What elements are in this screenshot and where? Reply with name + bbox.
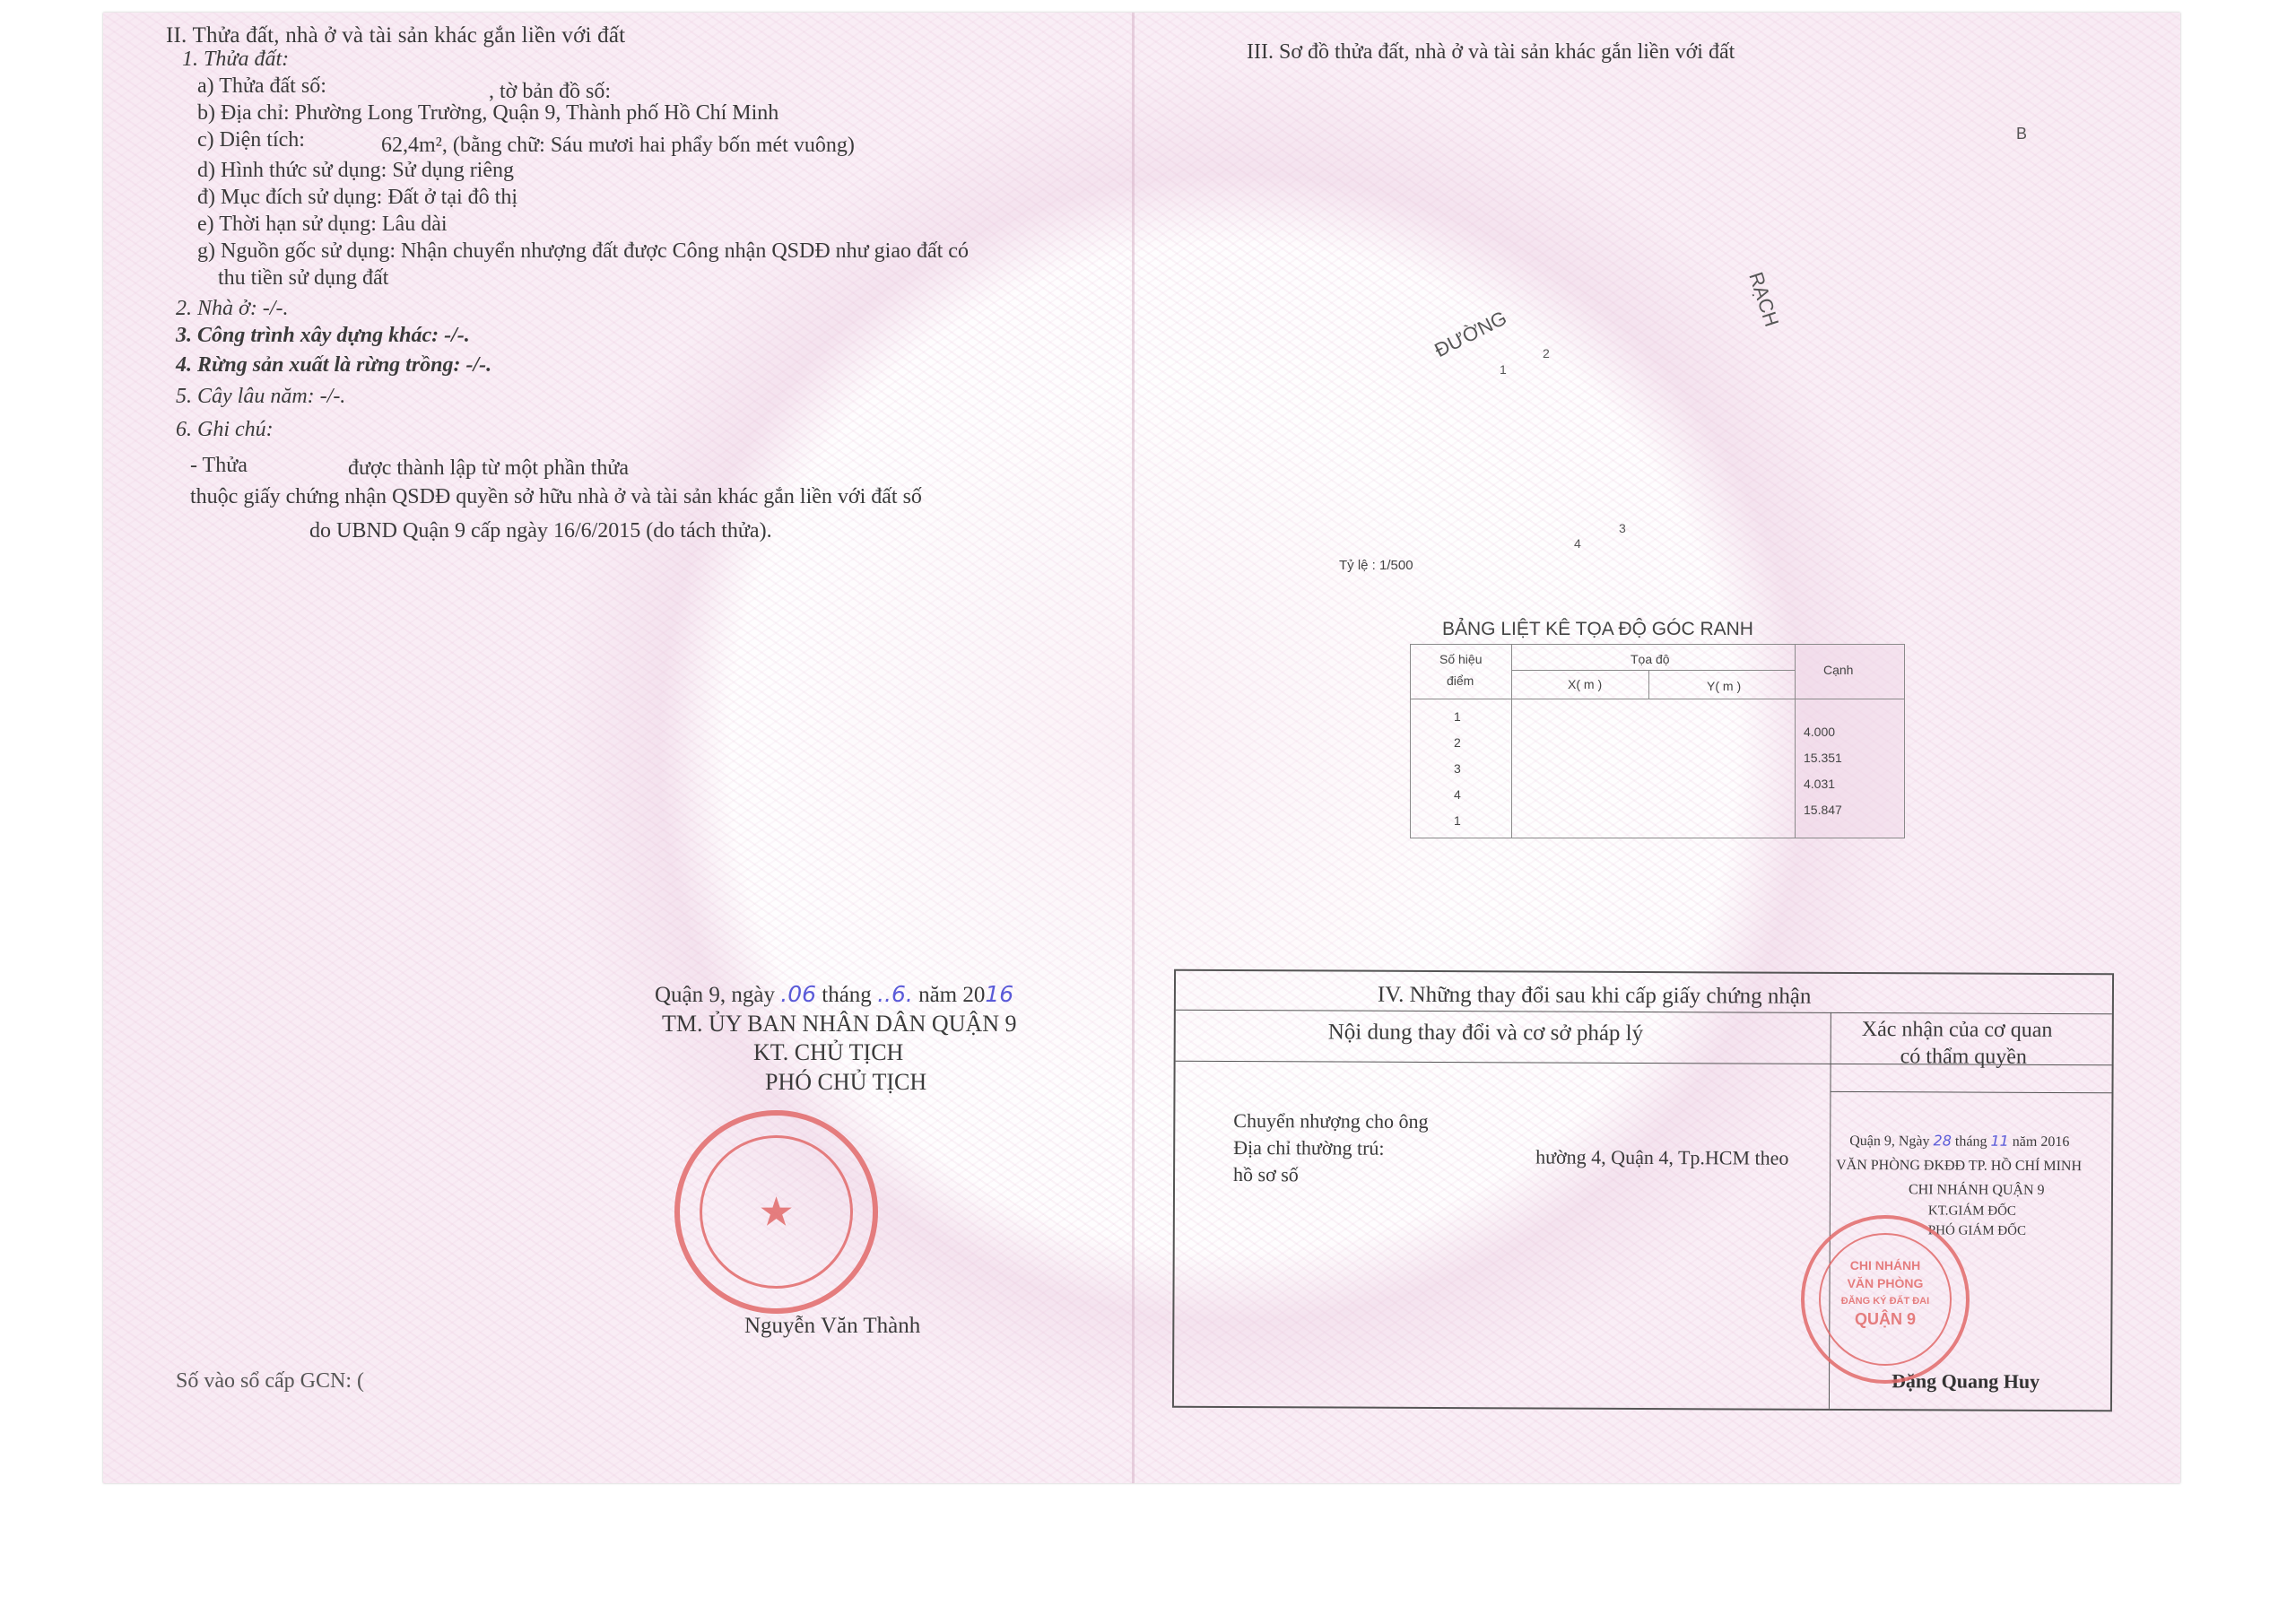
note-line2: thuộc giấy chứng nhận QSDĐ quyền sở hữu … [190,484,922,509]
official-stamp-right: CHI NHÁNH VĂN PHÒNG ĐĂNG KÝ ĐẤT ĐAI QUẬN… [1801,1215,1970,1384]
confirm-date: Quận 9, Ngày 28 tháng 11 năm 2016 [1849,1128,2069,1155]
date-day: .06 [780,981,816,1007]
table-cell-point: 3 [1454,761,1461,776]
stamp-line: VĂN PHÒNG [1805,1274,1966,1292]
point-3-label: 3 [1619,516,1626,541]
section4-title: IV. Những thay đổi sau khi cấp giấy chứn… [1378,983,1812,1010]
point-4-label: 4 [1574,531,1581,556]
role-line1: KT. CHỦ TỊCH [753,1040,903,1065]
stamp-line: ĐĂNG KÝ ĐẤT ĐAI [1805,1292,1966,1310]
page-fold [1132,13,1135,1483]
usage-origin-cont: thu tiền sử dụng đất [218,265,388,291]
signer-name-left: Nguyễn Văn Thành [744,1314,920,1339]
usage-term: e) Thời hạn sử dụng: Lâu dài [197,212,448,237]
changes-table: IV. Những thay đổi sau khi cấp giấy chứn… [1172,969,2114,1412]
table-cell-point: 2 [1454,735,1461,750]
date-prefix: Quận 9, ngày [655,983,775,1007]
coordinate-table-title: BẢNG LIỆT KÊ TỌA ĐỘ GÓC RANH [1442,617,1753,642]
table-cell-edge: 4.031 [1804,777,1835,791]
perennial-tree-item: 5. Cây lâu năm: -/-. [176,384,345,409]
change-content-2: Địa chỉ thường trú: [1233,1135,1384,1161]
stamp-line: CHI NHÁNH [1805,1256,1966,1274]
section2-title: II. Thửa đất, nhà ở và tài sản khác gắn … [166,23,625,48]
note-line3: do UBND Quận 9 cấp ngày 16/6/2015 (do tá… [309,518,772,543]
header-point-2: điểm [1447,673,1474,688]
date-year-label: năm 20 [918,983,985,1007]
area-label: c) Diện tích: [197,127,305,152]
change-content-3: hồ sơ số [1233,1162,1299,1187]
point-2-label: 2 [1543,341,1550,366]
table-cell-edge: 15.351 [1804,751,1842,765]
star-icon: ★ [761,1192,793,1233]
stamp-right-text: CHI NHÁNH VĂN PHÒNG ĐĂNG KÝ ĐẤT ĐAI QUẬN… [1805,1256,1966,1328]
role-line2: PHÓ CHỦ TỊCH [765,1070,926,1095]
table-cell-point: 1 [1454,813,1461,828]
confirm-month-label: tháng [1955,1134,1987,1150]
office-line1: VĂN PHÒNG ĐKĐĐ TP. HỒ CHÍ MINH [1836,1153,2082,1179]
date-year: 16 [985,981,1013,1007]
col-confirm-header-2: có thẩm quyền [1900,1044,2027,1070]
stamp-line: QUẬN 9 [1805,1310,1966,1328]
change-content-2b: hường 4, Quận 4, Tp.HCM theo [1535,1144,1788,1170]
house-item: 2. Nhà ở: -/-. [176,296,288,321]
confirm-month: 11 [1990,1133,2008,1150]
address: b) Địa chỉ: Phường Long Trường, Quận 9, … [197,100,778,126]
forest-item: 4. Rừng sản xuất là rừng trồng: -/-. [176,352,491,378]
header-point-1: Số hiệu [1439,652,1482,666]
table-cell-edge: 15.847 [1804,803,1842,817]
coordinate-table: Số hiệu điểm Tọa độ X( m ) Y( m ) Cạnh 1… [1410,644,1905,838]
confirm-year: năm 2016 [2013,1134,2070,1150]
north-label: B [2016,121,2027,146]
table-cell-edge: 4.000 [1804,725,1835,739]
usage-purpose: đ) Mục đích sử dụng: Đất ở tại đô thị [197,185,517,210]
note-line1: được thành lập từ một phần thửa [348,456,629,481]
table-cell-point: 4 [1454,787,1461,802]
note-parcel: - Thửa [190,453,248,478]
other-construction-item: 3. Công trình xây dựng khác: -/-. [176,323,470,348]
confirm-day: 28 [1934,1132,1952,1149]
date-month-label: tháng [822,983,872,1007]
issuing-org: TM. ỦY BAN NHÂN DÂN QUẬN 9 [662,1012,1017,1037]
header-x: X( m ) [1568,677,1602,691]
parcel-number-label: a) Thửa đất số: [197,74,326,99]
header-edge: Cạnh [1823,663,1853,677]
notes-heading: 6. Ghi chú: [176,417,274,442]
table-cell-point: 1 [1454,709,1461,724]
date-month: ..6. [877,981,913,1007]
section3-title: III. Sơ đồ thửa đất, nhà ở và tài sản kh… [1247,39,1735,65]
header-coord: Tọa độ [1631,652,1670,666]
confirm-date-prefix: Quận 9, Ngày [1849,1133,1929,1149]
header-y: Y( m ) [1707,679,1741,693]
col-content-header: Nội dung thay đổi và cơ sở pháp lý [1328,1020,1644,1046]
gcn-register-number: Số vào sổ cấp GCN: ( [176,1368,364,1394]
point-1-label: 1 [1500,357,1507,382]
usage-form: d) Hình thức sử dụng: Sử dụng riêng [197,158,514,183]
scale-label: Tỷ lệ : 1/500 [1339,553,1413,578]
issue-date: Quận 9, ngày .06 tháng ..6. năm 2016 [655,982,1013,1008]
usage-origin: g) Nguồn gốc sử dụng: Nhận chuyển nhượng… [197,239,969,264]
section2-sub1: 1. Thửa đất: [182,47,289,72]
area-value: 62,4m², (bằng chữ: Sáu mươi hai phẩy bốn… [381,133,855,158]
col-confirm-header-1: Xác nhận của cơ quan [1862,1017,2053,1043]
change-content-1: Chuyển nhượng cho ông [1233,1108,1428,1134]
